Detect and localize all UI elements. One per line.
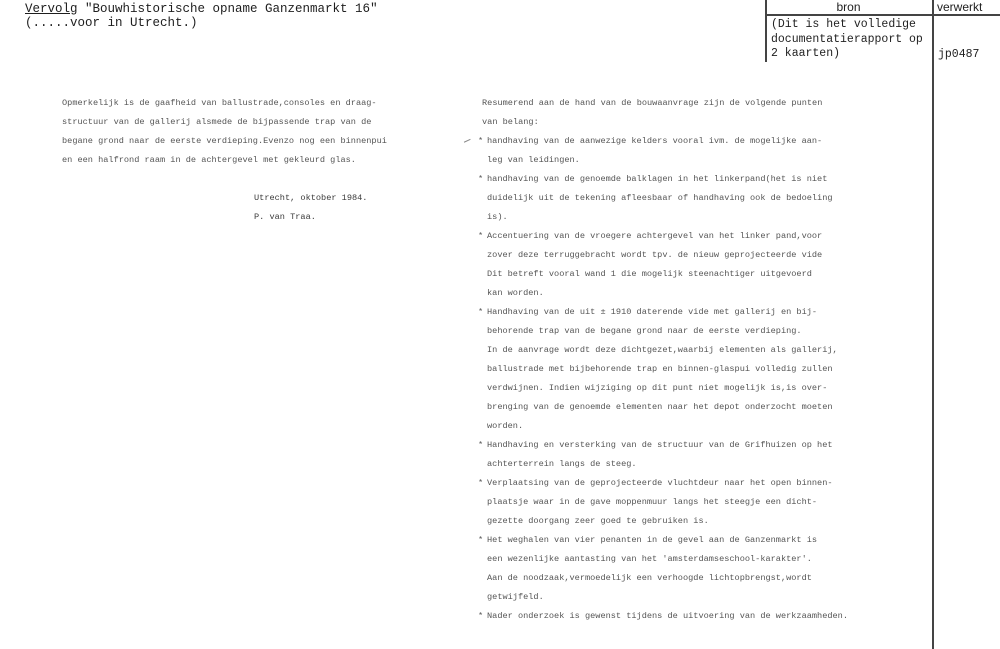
table-column-divider	[932, 0, 934, 649]
bullet-icon: *	[478, 303, 487, 436]
list-item: *Accentuering van de vroegere achtergeve…	[478, 227, 848, 303]
summary-intro: Resumerend aan de hand van de bouwaanvra…	[482, 94, 822, 132]
bullet-icon: *	[478, 227, 487, 303]
header-vervolg-label: Vervolg	[25, 2, 78, 16]
list-item: *Handhaving van de uit ± 1910 daterende …	[478, 303, 848, 436]
bron-value: (Dit is het volledige documentatierappor…	[771, 18, 923, 62]
bullet-icon: *	[478, 436, 487, 474]
bullet-icon: *	[478, 607, 487, 626]
bullet-icon: *	[478, 531, 487, 607]
list-item: *Nader onderzoek is gewenst tijdens de u…	[478, 607, 848, 626]
bullet-icon: *	[478, 474, 487, 531]
list-item: *handhaving van de aanwezige kelders voo…	[478, 132, 848, 170]
header-subtitle: (.....voor in Utrecht.)	[25, 16, 198, 30]
list-item: *handhaving van de genoemde balklagen in…	[478, 170, 848, 227]
header-title: "Bouwhistorische opname Ganzenmarkt 16"	[78, 2, 378, 16]
document-header: Vervolg "Bouwhistorische opname Ganzenma…	[25, 2, 378, 30]
verwerkt-value: jp0487	[938, 48, 979, 62]
list-item: *Verplaatsing van de geprojecteerde vluc…	[478, 474, 848, 531]
signoff-author: P. van Traa.	[254, 212, 316, 222]
pen-mark	[464, 139, 473, 148]
list-item: *Het weghalen van vier penanten in de ge…	[478, 531, 848, 607]
signoff: Utrecht, oktober 1984. P. van Traa.	[254, 189, 367, 227]
left-paragraph: Opmerkelijk is de gaafheid van ballustra…	[62, 94, 387, 170]
bullet-icon: *	[478, 132, 487, 170]
column-header-bron: bron	[765, 0, 932, 14]
bullet-icon: *	[478, 170, 487, 227]
column-header-verwerkt: verwerkt	[937, 0, 982, 14]
table-header-divider	[765, 14, 1000, 16]
signoff-place-date: Utrecht, oktober 1984.	[254, 193, 367, 203]
summary-points-list: *handhaving van de aanwezige kelders voo…	[478, 132, 848, 626]
list-item: *Handhaving en versterking van de struct…	[478, 436, 848, 474]
